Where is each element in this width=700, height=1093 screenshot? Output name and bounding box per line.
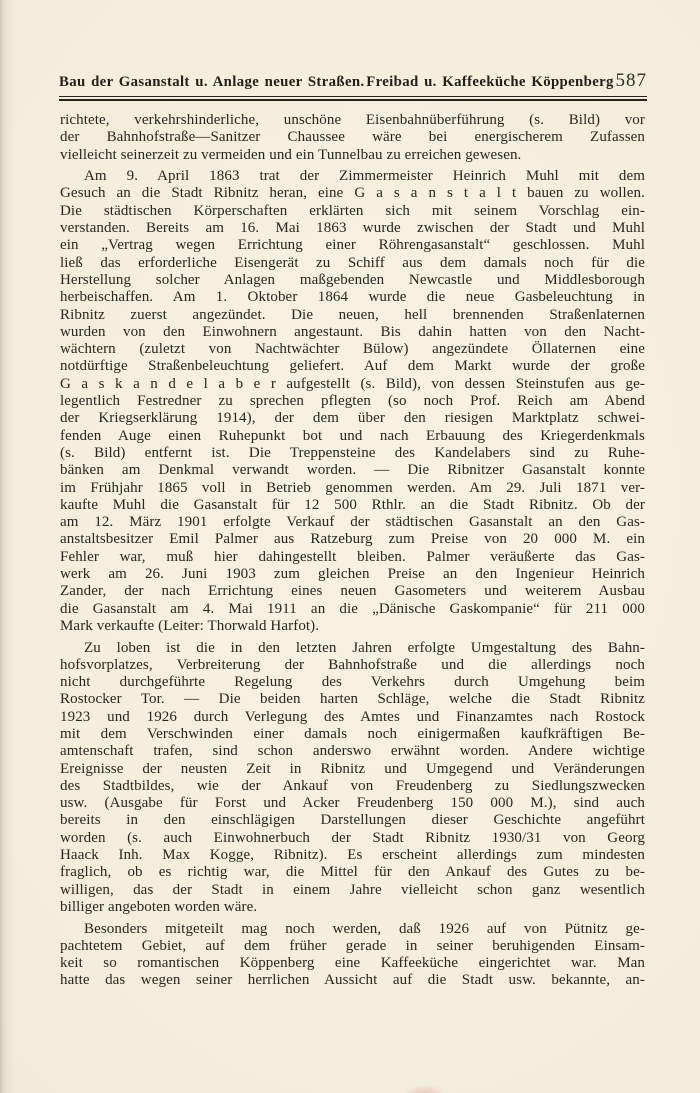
text-line: worden (s. auch Einwohnerbuch der Stadt … xyxy=(60,830,645,847)
page-number: 587 xyxy=(616,70,648,92)
header-rule xyxy=(59,96,647,101)
scan-left-edge-shadow xyxy=(0,0,16,1093)
text-line: fraglich, ob es richtig war, die Mittel … xyxy=(60,864,645,881)
text-line: bereits in den einschlägigen Darstellung… xyxy=(60,812,645,829)
text-line: (s. Bild) entfernt ist. Die Treppenstein… xyxy=(60,445,645,462)
text-line: usw. (Ausgabe für Forst und Acker Freude… xyxy=(60,795,645,812)
text-line: Zu loben ist die in den letzten Jahren e… xyxy=(60,640,645,657)
text-line: fenden Auge einen Ruhepunkt bot und nach… xyxy=(60,428,645,445)
text-line: verstanden. Bereits am 16. Mai 1863 wurd… xyxy=(60,220,645,237)
text-line: im Frühjahr 1865 voll in Betrieb genomme… xyxy=(60,480,645,497)
scan-bottom-artifact xyxy=(405,1085,445,1093)
paragraph: Besonders mitgeteilt mag noch werden, da… xyxy=(60,921,645,990)
text-line: richtete, verkehrshinderliche, unschöne … xyxy=(60,112,645,129)
page-header: Bau der Gasanstalt u. Anlage neuer Straß… xyxy=(59,70,647,101)
text-line: vielleicht seinerzeit zu vermeiden und e… xyxy=(60,147,645,164)
running-head: Bau der Gasanstalt u. Anlage neuer Straß… xyxy=(59,70,647,92)
text-line: amtenschaft trafen, sind schon anderswo … xyxy=(60,743,645,760)
body-text: richtete, verkehrshinderliche, unschöne … xyxy=(60,112,645,994)
text-line: hatte das wegen seiner herrlichen Aussic… xyxy=(60,972,645,989)
text-line: Gesuch an die Stadt Ribnitz heran, eine … xyxy=(60,185,645,202)
text-line: G a s k a n d e l a b e r aufgestellt (s… xyxy=(60,376,645,393)
running-title-left: Bau der Gasanstalt u. Anlage neuer Straß… xyxy=(59,74,365,91)
text-line: wurden von den Einwohnern angestaunt. Bi… xyxy=(60,324,645,341)
text-line: billiger angeboten worden wäre. xyxy=(60,899,645,916)
text-line: mit dem Verschwinden einer damals noch e… xyxy=(60,726,645,743)
text-line: Mark verkaufte (Leiter: Thorwald Harfot)… xyxy=(60,618,645,635)
text-line: hofsvorplatzes, Verbreiterung der Bahnho… xyxy=(60,657,645,674)
text-line: Zander, der nach Errichtung eines neuen … xyxy=(60,583,645,600)
text-line: pachtetem Gebiet, auf dem früher gerade … xyxy=(60,938,645,955)
text-line: Fehler war, muß hier dahingestellt bleib… xyxy=(60,549,645,566)
text-line: wächtern (zuletzt von Nachtwächter Bülow… xyxy=(60,341,645,358)
text-line: Ribnitz zuerst angezündet. Die neuen, he… xyxy=(60,307,645,324)
text-line: keit so romantischen Köppenberg eine Kaf… xyxy=(60,955,645,972)
text-line: herbeischaffen. Am 1. Oktober 1864 wurde… xyxy=(60,289,645,306)
text-line: Besonders mitgeteilt mag noch werden, da… xyxy=(60,921,645,938)
text-line: der Kriegserklärung 1914), der dem über … xyxy=(60,410,645,427)
text-line: legentlich Festredner zu sprechen pflegt… xyxy=(60,393,645,410)
book-page: Bau der Gasanstalt u. Anlage neuer Straß… xyxy=(0,0,700,1093)
text-line: der Bahnhofstraße—Sanitzer Chaussee wäre… xyxy=(60,129,645,146)
paragraph: Zu loben ist die in den letzten Jahren e… xyxy=(60,640,645,917)
paragraph: richtete, verkehrshinderliche, unschöne … xyxy=(60,112,645,164)
text-line: am 12. März 1901 erfolgte Verkauf der st… xyxy=(60,514,645,531)
text-line: willigen, das der Stadt in einem Jahre v… xyxy=(60,882,645,899)
text-line: Ereignisse der neusten Zeit in Ribnitz u… xyxy=(60,761,645,778)
paragraph: Am 9. April 1863 trat der Zimmermeister … xyxy=(60,168,645,635)
text-line: Herstellung solcher Anlagen maßgebenden … xyxy=(60,272,645,289)
text-line: werk am 26. Juni 1903 zum gleichen Preis… xyxy=(60,566,645,583)
text-line: ließ das erforderliche Eisengerät zu Sch… xyxy=(60,255,645,272)
text-line: anstaltsbesitzer Emil Palmer aus Ratzebu… xyxy=(60,531,645,548)
text-line: nicht durchgeführte Regelung des Verkehr… xyxy=(60,674,645,691)
text-line: Am 9. April 1863 trat der Zimmermeister … xyxy=(60,168,645,185)
text-line: Rostocker Tor. — Die beiden harten Schlä… xyxy=(60,691,645,708)
text-line: des Stadtbildes, wie der Ankauf von Freu… xyxy=(60,778,645,795)
text-line: ein „Vertrag wegen Errichtung einer Röhr… xyxy=(60,237,645,254)
text-line: kaufte Muhl die Gasanstalt für 12 500 Rt… xyxy=(60,497,645,514)
header-rule-thick-line xyxy=(59,99,647,101)
text-line: Haack Inh. Max Kogge, Ribnitz). Es ersch… xyxy=(60,847,645,864)
text-line: die Gasanstalt am 4. Mai 1911 an die „Dä… xyxy=(60,601,645,618)
text-line: bänken am Denkmal verwandt worden. — Die… xyxy=(60,462,645,479)
text-line: Die städtischen Körperschaften erklärten… xyxy=(60,203,645,220)
text-line: 1923 und 1926 durch Verlegung des Amtes … xyxy=(60,709,645,726)
running-title-right: Freibad u. Kaffeeküche Köppenberg xyxy=(366,74,614,91)
text-line: notdürftige Straßenbeleuchtung geliefert… xyxy=(60,358,645,375)
